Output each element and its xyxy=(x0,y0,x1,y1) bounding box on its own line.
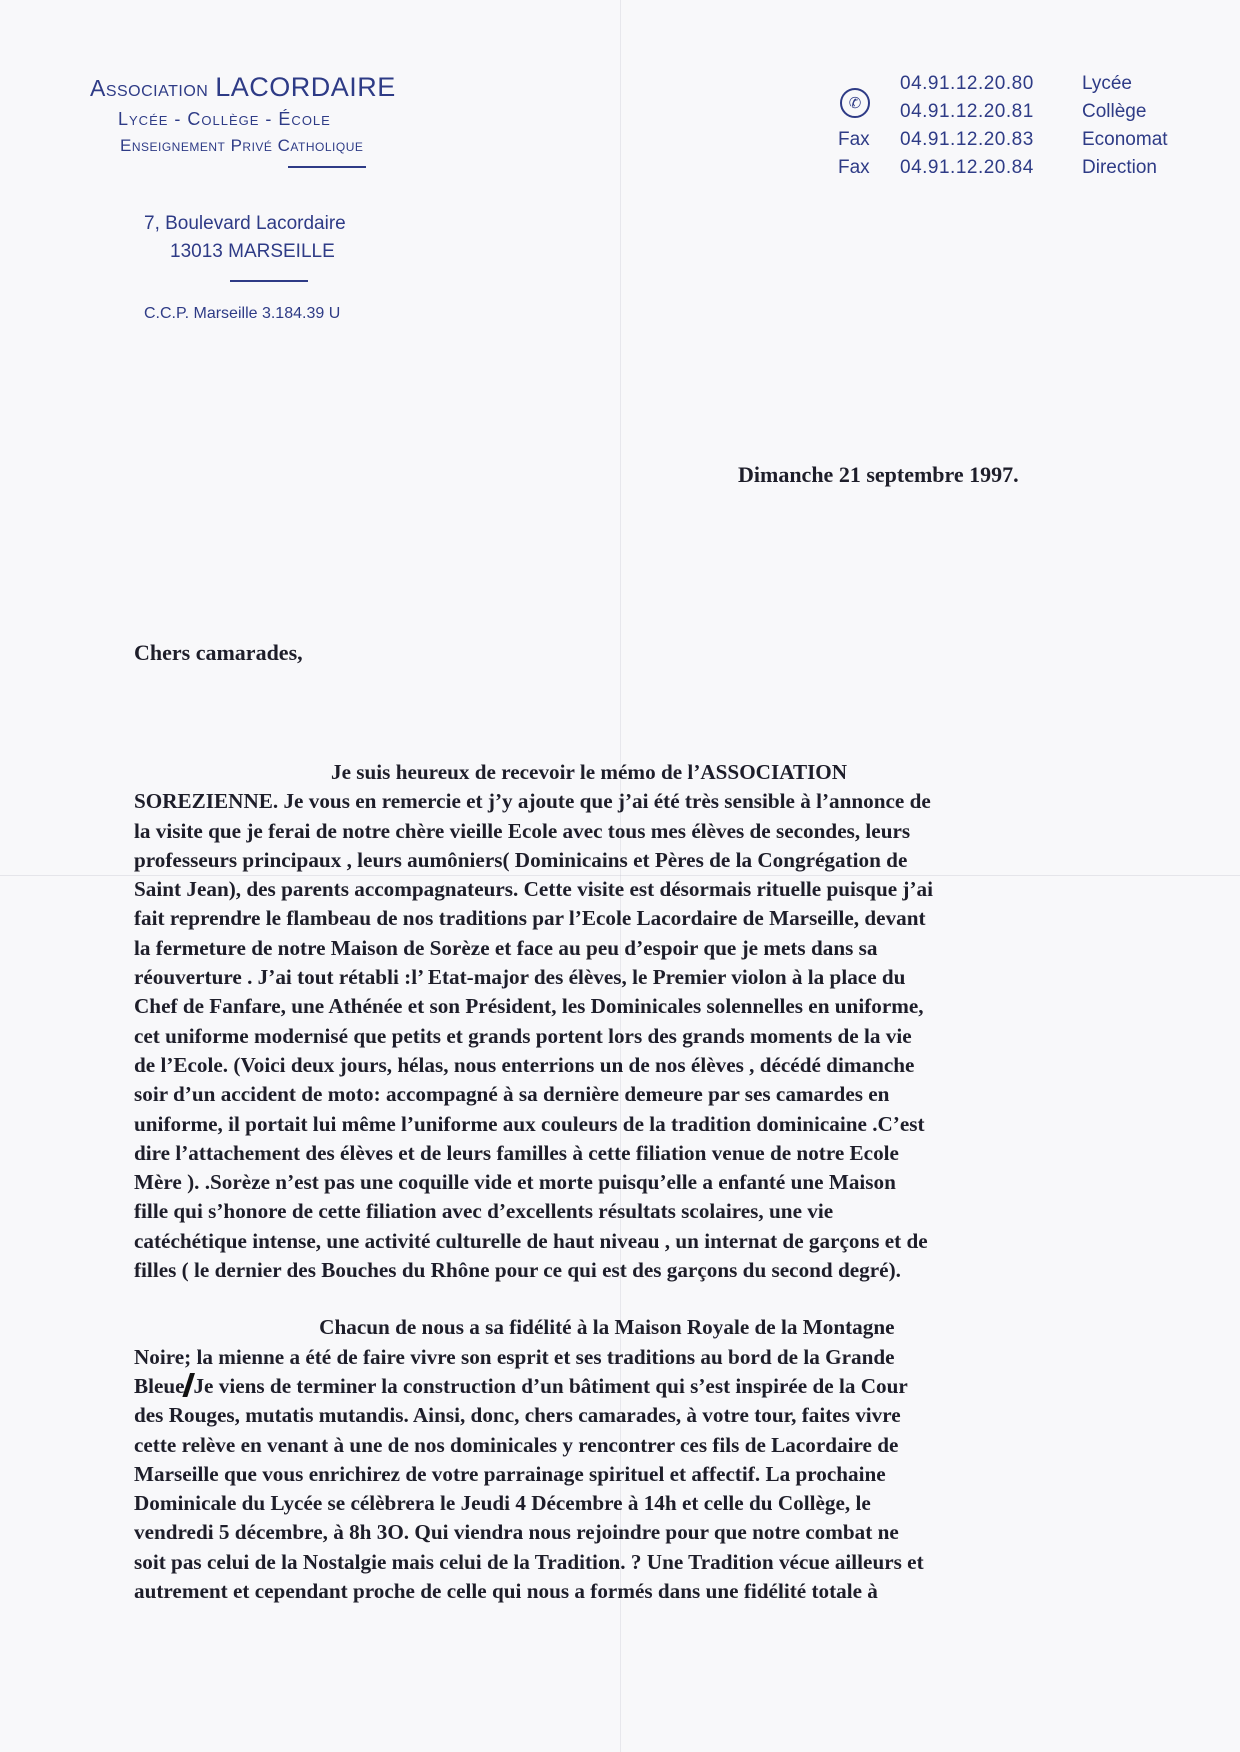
letter-date: Dimanche 21 septembre 1997. xyxy=(738,462,1019,488)
letter-body: Je suis heureux de recevoir le mémo de l… xyxy=(134,758,1070,1606)
fax-label: Fax xyxy=(838,129,900,151)
address-street: 7, Boulevard Lacordaire xyxy=(144,210,346,238)
contact-block: ✆ 04.91.12.20.80 Lycée 04.91.12.20.81 Co… xyxy=(838,70,1168,182)
address-block: 7, Boulevard Lacordaire 13013 MARSEILLE … xyxy=(144,210,346,328)
paragraph-2: Chacun de nous a sa fidélité à la Maison… xyxy=(134,1313,1070,1606)
ccp-account: C.C.P. Marseille 3.184.39 U xyxy=(144,300,346,328)
contact-number: 04.91.12.20.80 xyxy=(900,73,1082,95)
contact-department: Lycée xyxy=(1082,73,1132,95)
text-line: fait reprendre le flambeau de nos tradit… xyxy=(134,904,1070,933)
text-line: filles ( le dernier des Bouches du Rhône… xyxy=(134,1256,1070,1285)
text-line: BleueJe viens de terminer la constructio… xyxy=(134,1372,1070,1401)
text-line: SOREZIENNE. Je vous en remercie et j’y a… xyxy=(134,787,1070,816)
text-line: autrement et cependant proche de celle q… xyxy=(134,1577,1070,1606)
divider xyxy=(288,166,366,168)
text-line: Mère ). .Sorèze n’est pas une coquille v… xyxy=(134,1168,1070,1197)
text-line: Dominicale du Lycée se célèbrera le Jeud… xyxy=(134,1489,1070,1518)
text-line: réouverture . J’ai tout rétabli :l’ Etat… xyxy=(134,963,1070,992)
text-line: vendredi 5 décembre, à 8h 3O. Qui viendr… xyxy=(134,1518,1070,1547)
text-line: uniforme, il portait lui même l’uniforme… xyxy=(134,1110,1070,1139)
contact-number: 04.91.12.20.84 xyxy=(900,157,1082,179)
contact-row: Fax 04.91.12.20.84 Direction xyxy=(838,154,1168,182)
text-line: Chef de Fanfare, une Athénée et son Prés… xyxy=(134,992,1070,1021)
contact-row: 04.91.12.20.80 Lycée xyxy=(838,70,1168,98)
contact-number: 04.91.12.20.81 xyxy=(900,101,1082,123)
text-line: Chacun de nous a sa fidélité à la Maison… xyxy=(134,1313,1070,1342)
address-city: 13013 MARSEILLE xyxy=(144,238,346,266)
text-line: la visite que je ferai de notre chère vi… xyxy=(134,817,1070,846)
contact-number: 04.91.12.20.83 xyxy=(900,129,1082,151)
text-line: cet uniforme modernisé que petits et gra… xyxy=(134,1022,1070,1051)
text-line: Marseille que vous enrichirez de votre p… xyxy=(134,1460,1070,1489)
letterhead: Association LACORDAIRE Lycée - Collège -… xyxy=(90,72,396,168)
contact-department: Collège xyxy=(1082,101,1146,123)
text-line: catéchétique intense, une activité cultu… xyxy=(134,1227,1070,1256)
text-line: Saint Jean), des parents accompagnateurs… xyxy=(134,875,1070,904)
divider xyxy=(230,280,308,282)
paragraph-1: Je suis heureux de recevoir le mémo de l… xyxy=(134,758,1070,1285)
contact-row: Fax 04.91.12.20.83 Economat xyxy=(838,126,1168,154)
org-name-main: LACORDAIRE xyxy=(215,72,396,102)
text-line: fille qui s’honore de cette filiation av… xyxy=(134,1197,1070,1226)
text-line: Je suis heureux de recevoir le mémo de l… xyxy=(134,758,1070,787)
text-fragment: Je viens de terminer la construction d’u… xyxy=(193,1374,907,1398)
org-prefix: Association xyxy=(90,75,208,101)
text-line: professeurs principaux , leurs aumôniers… xyxy=(134,846,1070,875)
contact-department: Economat xyxy=(1082,129,1168,151)
phone-icon: ✆ xyxy=(840,88,870,118)
org-tagline: Enseignement Privé Catholique xyxy=(90,136,396,156)
text-line: de l’Ecole. (Voici deux jours, hélas, no… xyxy=(134,1051,1070,1080)
text-line: des Rouges, mutatis mutandis. Ainsi, don… xyxy=(134,1401,1070,1430)
text-line: Noire; la mienne a été de faire vivre so… xyxy=(134,1343,1070,1372)
text-line: soir d’un accident de moto: accompagné à… xyxy=(134,1080,1070,1109)
text-line: cette relève en venant à une de nos domi… xyxy=(134,1431,1070,1460)
text-fragment: Bleue xyxy=(134,1374,185,1398)
fax-label: Fax xyxy=(838,157,900,179)
org-name: Association LACORDAIRE xyxy=(90,72,396,103)
contact-row: 04.91.12.20.81 Collège xyxy=(838,98,1168,126)
contact-department: Direction xyxy=(1082,157,1157,179)
text-line: la fermeture de notre Maison de Sorèze e… xyxy=(134,934,1070,963)
salutation: Chers camarades, xyxy=(134,640,303,666)
org-subtitle: Lycée - Collège - École xyxy=(90,109,396,130)
text-line: soit pas celui de la Nostalgie mais celu… xyxy=(134,1548,1070,1577)
text-line: dire l’attachement des élèves et de leur… xyxy=(134,1139,1070,1168)
